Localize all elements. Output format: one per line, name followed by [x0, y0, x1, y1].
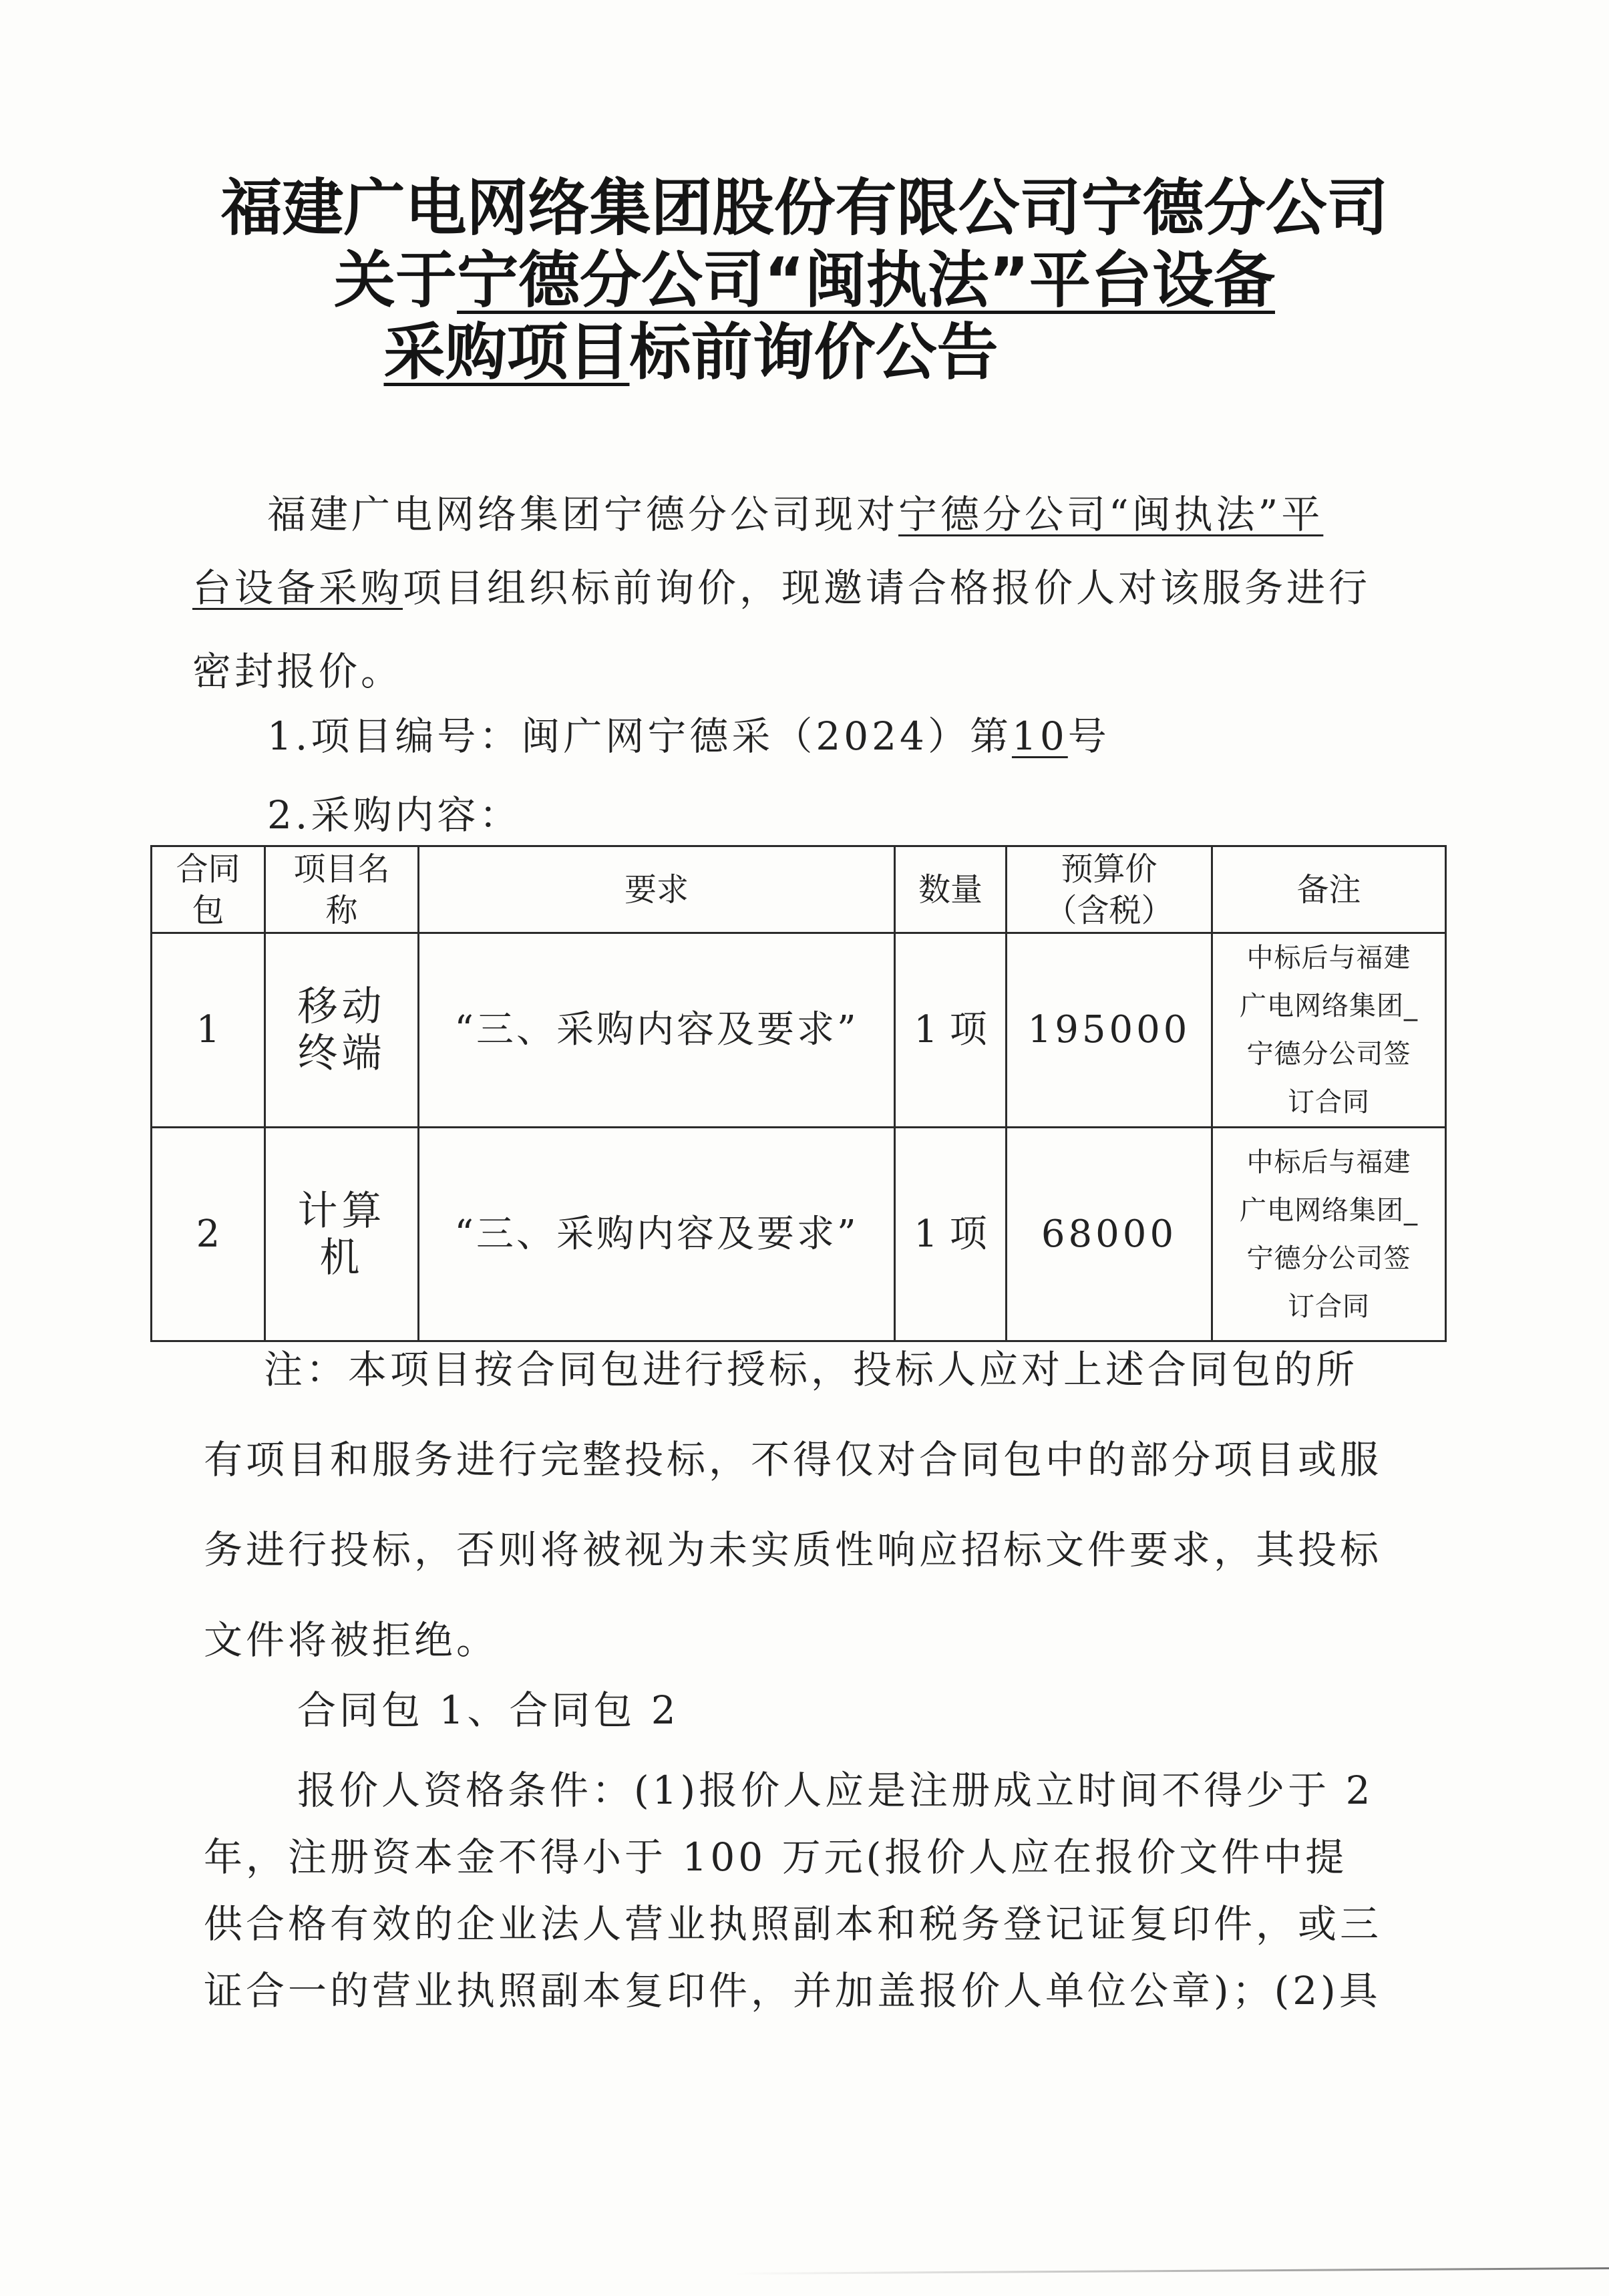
header-remark: 备注 [1212, 846, 1446, 933]
project-number-value: 10 [1012, 713, 1068, 759]
packages-line: 合同包 1、合同包 2 [297, 1683, 679, 1737]
cell-quantity: 1 项 [895, 1128, 1007, 1341]
cell-package: 2 [152, 1128, 265, 1341]
cell-item-name: 计算机 [265, 1128, 419, 1341]
note-line-3: 务进行投标，否则将被视为未实质性响应招标文件要求，其投标 [204, 1523, 1382, 1577]
cell-item-name: 移动终端 [265, 933, 419, 1128]
project-number-label: 1.项目编号：闽广网宁德采（2024）第 [267, 713, 1012, 759]
title-project-underlined: 宁德分公司“闽执法”平台设备 [457, 244, 1275, 316]
intro-text: 项目组织标前询价，现邀请合格报价人对该服务进行 [403, 565, 1371, 611]
note-line-2: 有项目和服务进行完整投标，不得仅对合同包中的部分项目或服 [204, 1433, 1382, 1486]
cell-requirement: “三、采购内容及要求” [419, 933, 895, 1128]
title-line-2: 关于宁德分公司“闽执法”平台设备 [0, 247, 1609, 314]
qualification-line-3: 供合格有效的企业法人营业执照副本和税务登记证复印件，或三 [204, 1897, 1382, 1951]
title-line-1: 福建广电网络集团股份有限公司宁德分公司 [0, 175, 1609, 242]
cell-budget: 68000 [1007, 1128, 1212, 1341]
table-header-row: 合同包 项目名称 要求 数量 预算价（含税） 备注 [152, 846, 1446, 933]
section-label: 2.采购内容： [267, 792, 521, 838]
header-package: 合同包 [152, 846, 265, 933]
project-number-suffix: 号 [1068, 713, 1110, 759]
title-line-3: 采购项目标前询价公告 [0, 319, 1495, 386]
scan-edge-line [735, 2267, 1609, 2275]
table-row: 1 移动终端 “三、采购内容及要求” 1 项 195000 中标后与福建 广电网… [152, 933, 1446, 1128]
cell-requirement: “三、采购内容及要求” [419, 1128, 895, 1341]
table-row: 2 计算机 “三、采购内容及要求” 1 项 68000 中标后与福建 广电网络集… [152, 1128, 1446, 1341]
intro-underlined-procurement: 台设备采购 [192, 565, 403, 611]
header-requirement: 要求 [419, 846, 895, 933]
cell-remark: 中标后与福建 广电网络集团_ 宁德分公司签 订合同 [1212, 1128, 1446, 1341]
intro-text: 密封报价。 [192, 649, 403, 694]
header-budget: 预算价（含税） [1007, 846, 1212, 933]
intro-text: 福建广电网络集团宁德分公司现对 [267, 492, 898, 537]
qualification-line-1: 报价人资格条件：(1)报价人应是注册成立时间不得少于 2 [297, 1764, 1374, 1817]
title-prefix: 关于 [334, 244, 457, 316]
title-suffix: 标前询价公告 [630, 317, 999, 388]
intro-line-3: 密封报价。 [192, 645, 403, 698]
procurement-table: 合同包 项目名称 要求 数量 预算价（含税） 备注 1 移动终端 “三、采购内容… [150, 845, 1447, 1342]
header-item-name: 项目名称 [265, 846, 419, 933]
title-procurement-underlined: 采购项目 [383, 317, 629, 388]
header-quantity: 数量 [895, 846, 1007, 933]
note-line-4: 文件将被拒绝。 [204, 1613, 498, 1667]
qualification-line-2: 年，注册资本金不得小于 100 万元(报价人应在报价文件中提 [204, 1830, 1347, 1884]
title-company: 福建广电网络集团股份有限公司宁德分公司 [220, 172, 1388, 244]
note-line-1: 注：本项目按合同包进行授标，投标人应对上述合同包的所 [264, 1343, 1358, 1396]
cell-budget: 195000 [1007, 933, 1212, 1128]
cell-remark: 中标后与福建 广电网络集团_ 宁德分公司签 订合同 [1212, 933, 1446, 1128]
document-page: 福建广电网络集团股份有限公司宁德分公司 关于宁德分公司“闽执法”平台设备 采购项… [0, 0, 1609, 2296]
intro-underlined-project: 宁德分公司“闽执法”平 [898, 492, 1323, 537]
project-number-line: 1.项目编号：闽广网宁德采（2024）第10号 [267, 709, 1110, 763]
intro-line-2: 台设备采购项目组织标前询价，现邀请合格报价人对该服务进行 [192, 561, 1371, 615]
cell-package: 1 [152, 933, 265, 1128]
qualification-line-4: 证合一的营业执照副本复印件，并加盖报价人单位公章)；(2)具 [204, 1964, 1381, 2017]
procurement-content-label: 2.采购内容： [267, 788, 521, 842]
cell-quantity: 1 项 [895, 933, 1007, 1128]
intro-line-1: 福建广电网络集团宁德分公司现对宁德分公司“闽执法”平 [267, 488, 1323, 541]
